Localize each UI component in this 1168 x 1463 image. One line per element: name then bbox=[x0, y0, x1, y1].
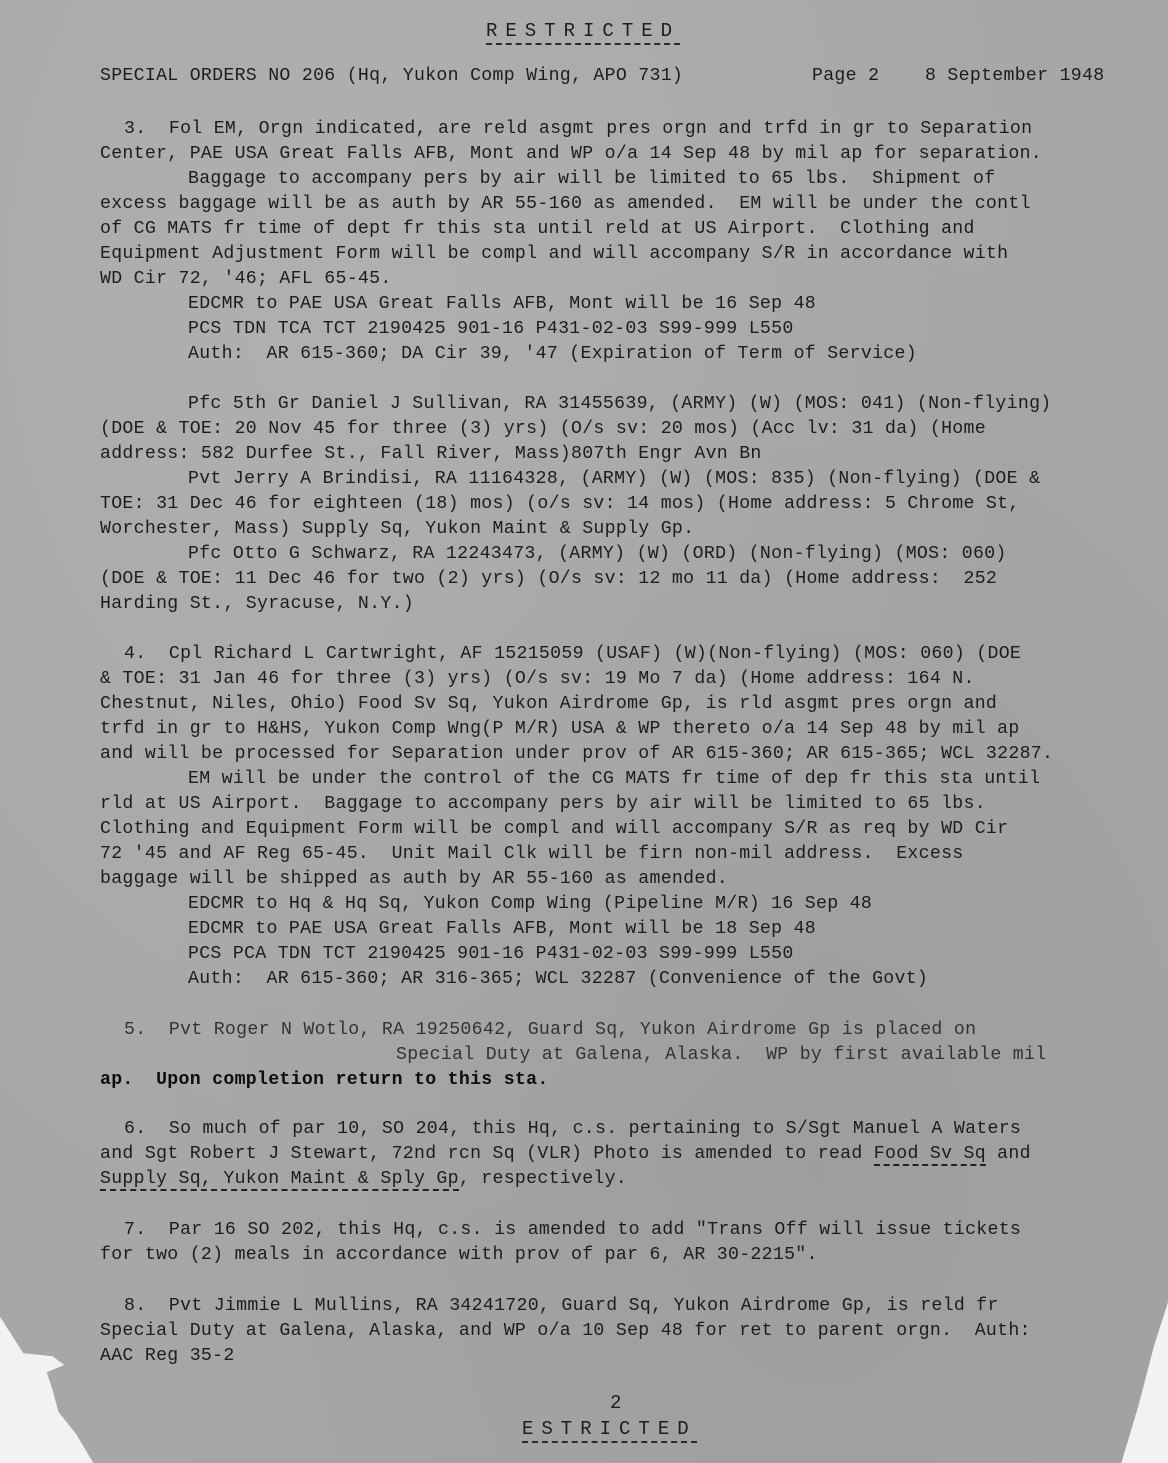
personnel-line: (DOE & TOE: 11 Dec 46 for two (2) yrs) (… bbox=[100, 567, 997, 592]
personnel-line: Harding St., Syracuse, N.Y.) bbox=[100, 592, 414, 617]
para3-pcs: PCS TDN TCA TCT 2190425 901-16 P431-02-0… bbox=[188, 317, 794, 342]
para8-line: AAC Reg 35-2 bbox=[100, 1344, 235, 1369]
para5-line: ap. Upon completion return to this sta. bbox=[100, 1068, 549, 1093]
para8-line: Special Duty at Galena, Alaska, and WP o… bbox=[100, 1319, 1031, 1344]
para3-edcmr: EDCMR to PAE USA Great Falls AFB, Mont w… bbox=[188, 292, 816, 317]
para3-line: Baggage to accompany pers by air will be… bbox=[188, 167, 995, 192]
underlined-unit-supply-sq: Supply Sq, Yukon Maint & Sply Gp bbox=[100, 1169, 459, 1191]
para3-line: 3. Fol EM, Orgn indicated, are reld asgm… bbox=[124, 117, 1032, 142]
para4-line: 4. Cpl Richard L Cartwright, AF 15215059… bbox=[124, 642, 1021, 667]
personnel-line: (DOE & TOE: 20 Nov 45 for three (3) yrs)… bbox=[100, 417, 986, 442]
para6-line: 6. So much of par 10, SO 204, this Hq, c… bbox=[124, 1117, 1021, 1142]
para4-line: Chestnut, Niles, Ohio) Food Sv Sq, Yukon… bbox=[100, 692, 997, 717]
order-title: SPECIAL ORDERS NO 206 (Hq, Yukon Comp Wi… bbox=[100, 64, 683, 89]
para3-line: Equipment Adjustment Form will be compl … bbox=[100, 242, 1008, 267]
para6-line: Supply Sq, Yukon Maint & Sply Gp, respec… bbox=[100, 1167, 627, 1192]
para4-line: & TOE: 31 Jan 46 for three (3) yrs) (O/s… bbox=[100, 667, 975, 692]
para4-line: baggage will be shipped as auth by AR 55… bbox=[100, 867, 728, 892]
para6-text: and bbox=[986, 1144, 1031, 1164]
para6-line: and Sgt Robert J Stewart, 72nd rcn Sq (V… bbox=[100, 1142, 1031, 1167]
para3-line: of CG MATS fr time of dept fr this sta u… bbox=[100, 217, 975, 242]
para3-line: Center, PAE USA Great Falls AFB, Mont an… bbox=[100, 142, 1042, 167]
para4-line: Clothing and Equipment Form will be comp… bbox=[100, 817, 1008, 842]
para4-pcs: PCS PCA TDN TCT 2190425 901-16 P431-02-0… bbox=[188, 942, 794, 967]
page-label: Page 2 bbox=[812, 64, 879, 89]
classification-top: RESTRICTED bbox=[486, 20, 680, 45]
para3-line: excess baggage will be as auth by AR 55-… bbox=[100, 192, 1031, 217]
para4-auth: Auth: AR 615-360; AR 316-365; WCL 32287 … bbox=[188, 967, 928, 992]
para4-line: and will be processed for Separation und… bbox=[100, 742, 1053, 767]
personnel-line: Pfc Otto G Schwarz, RA 12243473, (ARMY) … bbox=[188, 542, 1007, 567]
para3-auth: Auth: AR 615-360; DA Cir 39, '47 (Expira… bbox=[188, 342, 917, 367]
classification-bottom: ESTRICTED bbox=[522, 1418, 697, 1443]
para6-text: and Sgt Robert J Stewart, 72nd rcn Sq (V… bbox=[100, 1144, 874, 1164]
para4-edcmr-2: EDCMR to PAE USA Great Falls AFB, Mont w… bbox=[188, 917, 816, 942]
para6-text: , respectively. bbox=[459, 1169, 627, 1189]
para4-line: 72 '45 and AF Reg 65-45. Unit Mail Clk w… bbox=[100, 842, 964, 867]
para4-line: trfd in gr to H&HS, Yukon Comp Wng(P M/R… bbox=[100, 717, 1020, 742]
para8-line: 8. Pvt Jimmie L Mullins, RA 34241720, Gu… bbox=[124, 1294, 999, 1319]
para4-edcmr-1: EDCMR to Hq & Hq Sq, Yukon Comp Wing (Pi… bbox=[188, 892, 872, 917]
personnel-line: Worchester, Mass) Supply Sq, Yukon Maint… bbox=[100, 517, 694, 542]
underlined-unit-food-sv-sq: Food Sv Sq bbox=[874, 1144, 986, 1166]
para7-line: 7. Par 16 SO 202, this Hq, c.s. is amend… bbox=[124, 1218, 1021, 1243]
personnel-line: Pfc 5th Gr Daniel J Sullivan, RA 3145563… bbox=[188, 392, 1052, 417]
document-page: RESTRICTED SPECIAL ORDERS NO 206 (Hq, Yu… bbox=[0, 0, 1168, 1463]
para5-line: Special Duty at Galena, Alaska. WP by fi… bbox=[396, 1043, 1046, 1068]
para3-line: WD Cir 72, '46; AFL 65-45. bbox=[100, 267, 392, 292]
para7-line: for two (2) meals in accordance with pro… bbox=[100, 1243, 818, 1268]
para4-line: EM will be under the control of the CG M… bbox=[188, 767, 1040, 792]
personnel-line: address: 582 Durfee St., Fall River, Mas… bbox=[100, 442, 762, 467]
order-date: 8 September 1948 bbox=[925, 64, 1104, 89]
personnel-line: Pvt Jerry A Brindisi, RA 11164328, (ARMY… bbox=[188, 467, 1040, 492]
page-number: 2 bbox=[610, 1392, 622, 1414]
personnel-line: TOE: 31 Dec 46 for eighteen (18) mos) (o… bbox=[100, 492, 1020, 517]
para5-line: 5. Pvt Roger N Wotlo, RA 19250642, Guard… bbox=[124, 1018, 976, 1043]
para4-line: rld at US Airport. Baggage to accompany … bbox=[100, 792, 986, 817]
